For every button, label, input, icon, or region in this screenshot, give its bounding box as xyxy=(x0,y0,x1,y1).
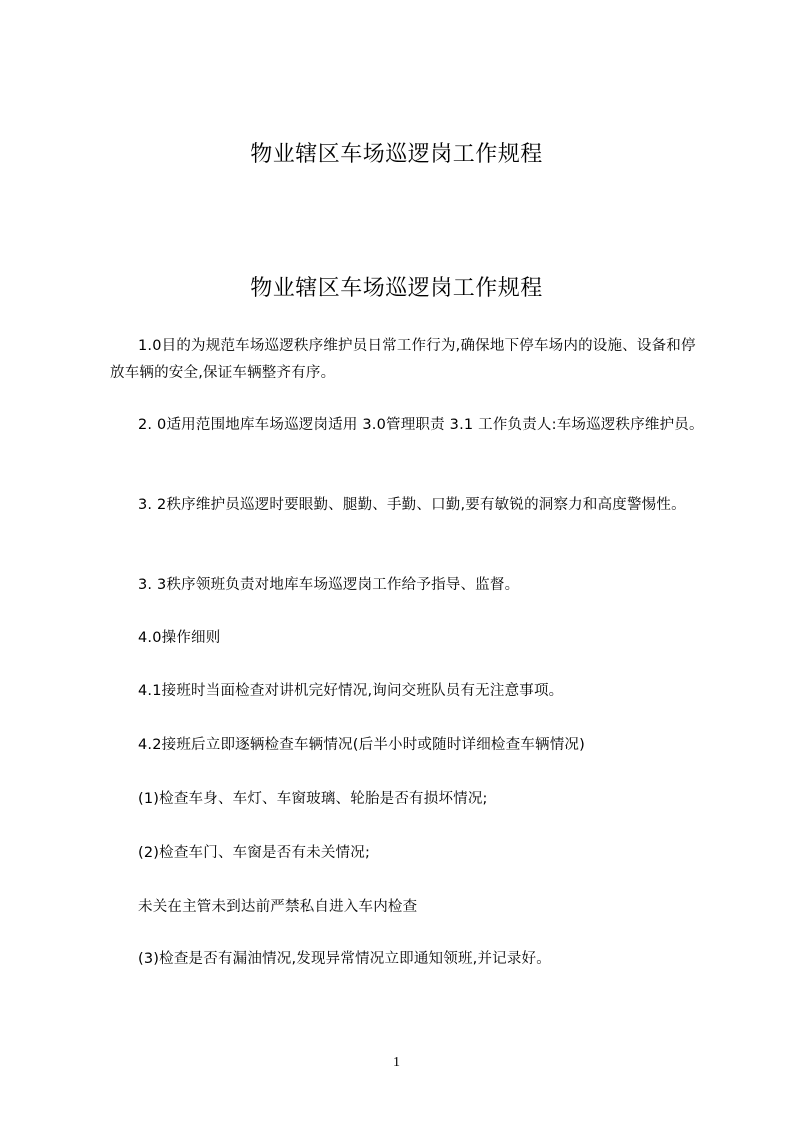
paragraph-4-2: 4.2接班后立即逐辆检查车辆情况(后半小时或随时详细检查车辆情况) xyxy=(110,732,706,759)
list-item-2: (2)检查车门、车窗是否有未关情况; xyxy=(110,840,706,867)
paragraph-3-2: 3. 2秩序维护员巡逻时要眼勤、腿勤、手勤、口勤,要有敏锐的洞察力和高度警惕性。 xyxy=(110,492,706,519)
note-text: 未关在主管未到达前严禁私自进入车内检查 xyxy=(110,894,706,921)
list-item-3: (3)检查是否有漏油情况,发现异常情况立即通知领班,并记录好。 xyxy=(110,946,706,973)
page-number: 1 xyxy=(0,1055,793,1071)
list-item-1: (1)检查车身、车灯、车窗玻璃、轮胎是否有损坏情况; xyxy=(110,786,706,813)
document-page: 物业辖区车场巡逻岗工作规程 物业辖区车场巡逻岗工作规程 1.0目的为规范车场巡逻… xyxy=(0,0,793,1122)
paragraph-3-3: 3. 3秩序领班负责对地库车场巡逻岗工作给予指导、监督。 xyxy=(110,572,706,599)
paragraph-purpose: 1.0目的为规范车场巡逻秩序维护员日常工作行为,确保地下停车场内的设施、设备和停… xyxy=(110,333,706,387)
paragraph-4-0: 4.0操作细则 xyxy=(110,625,706,652)
document-heading: 物业辖区车场巡逻岗工作规程 xyxy=(0,274,793,304)
cover-title: 物业辖区车场巡逻岗工作规程 xyxy=(0,140,793,170)
paragraph-scope: 2. 0适用范围地库车场巡逻岗适用 3.0管理职责 3.1 工作负责人:车场巡逻… xyxy=(110,412,706,439)
paragraph-4-1: 4.1接班时当面检查对讲机完好情况,询问交班队员有无注意事项。 xyxy=(110,678,706,705)
